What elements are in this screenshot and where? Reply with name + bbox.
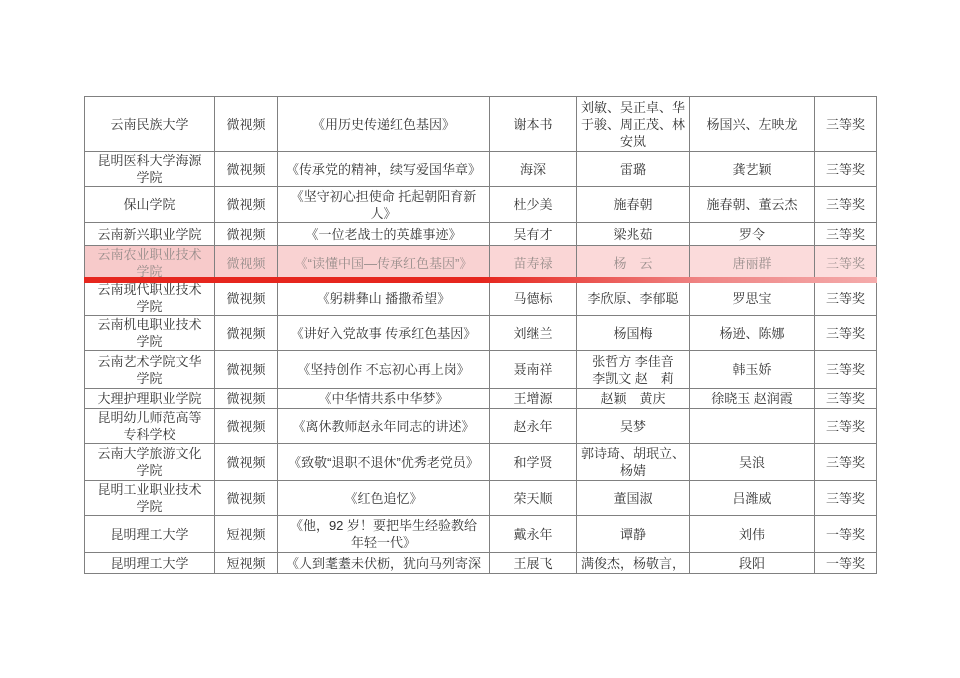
cell-video-type: 微视频 — [215, 281, 278, 316]
cell-members: 杨国梅 — [577, 316, 690, 351]
cell-advisors: 段阳 — [690, 553, 815, 574]
cell-school: 昆明医科大学海源 学院 — [85, 152, 215, 187]
cell-school: 云南农业职业技术 学院 — [85, 246, 215, 281]
table-row: 云南现代职业技术 学院 微视频 《躬耕彝山 播撒希望》 马德标 李欣原、李郁聪 … — [85, 281, 877, 316]
cell-title: 《传承党的精神，续写爱国华章》 — [278, 152, 490, 187]
cell-advisors: 杨国兴、左映龙 — [690, 97, 815, 152]
cell-advisors — [690, 409, 815, 444]
cell-author: 王展飞 — [490, 553, 577, 574]
cell-advisors: 吕潍威 — [690, 481, 815, 516]
cell-video-type: 短视频 — [215, 516, 278, 553]
cell-author: 和学贤 — [490, 444, 577, 481]
cell-award: 三等奖 — [815, 316, 877, 351]
table-row: 大理护理职业学院 微视频 《中华情共系中华梦》 王增源 赵颖 黄庆 徐晓玉 赵润… — [85, 389, 877, 409]
cell-author: 戴永年 — [490, 516, 577, 553]
cell-title: 《他，92 岁！要把毕生经验教给 年轻一代》 — [278, 516, 490, 553]
highlight-underline — [84, 277, 877, 283]
cell-school: 昆明理工大学 — [85, 553, 215, 574]
table-row: 昆明理工大学 短视频 《他，92 岁！要把毕生经验教给 年轻一代》 戴永年 谭静… — [85, 516, 877, 553]
cell-school: 云南现代职业技术 学院 — [85, 281, 215, 316]
cell-advisors: 韩玉娇 — [690, 351, 815, 389]
cell-title: 《一位老战士的英雄事迹》 — [278, 223, 490, 246]
table-row: 昆明工业职业技术 学院 微视频 《红色追忆》 荣天顺 董国淑 吕潍威 三等奖 — [85, 481, 877, 516]
table-row: 昆明医科大学海源 学院 微视频 《传承党的精神，续写爱国华章》 海深 雷璐 龚艺… — [85, 152, 877, 187]
cell-school: 昆明理工大学 — [85, 516, 215, 553]
table-row: 昆明理工大学 短视频 《人到耄耋未伏枥，犹向马列寄深 王展飞 满俊杰，杨敬言， … — [85, 553, 877, 574]
cell-title: 《坚守初心担使命 托起朝阳育新 人》 — [278, 187, 490, 223]
table-row-highlighted: 云南农业职业技术 学院 微视频 《“读懂中国—传承红色基因”》 苗寿禄 杨 云 … — [85, 246, 877, 281]
cell-members: 梁兆茹 — [577, 223, 690, 246]
cell-advisors: 吴浪 — [690, 444, 815, 481]
cell-members: 杨 云 — [577, 246, 690, 281]
cell-members: 李欣原、李郁聪 — [577, 281, 690, 316]
cell-members: 刘敏、吴正卓、华 于骏、周正茂、林 安岚 — [577, 97, 690, 152]
cell-title: 《讲好入党故事 传承红色基因》 — [278, 316, 490, 351]
cell-members: 谭静 — [577, 516, 690, 553]
cell-author: 赵永年 — [490, 409, 577, 444]
table-row: 云南大学旅游文化 学院 微视频 《致敬“退职不退休”优秀老党员》 和学贤 郭诗琦… — [85, 444, 877, 481]
cell-author: 吴有才 — [490, 223, 577, 246]
cell-author: 杜少美 — [490, 187, 577, 223]
cell-title: 《中华情共系中华梦》 — [278, 389, 490, 409]
cell-members: 赵颖 黄庆 — [577, 389, 690, 409]
cell-members: 张哲方 李佳音 李凯文 赵 莉 — [577, 351, 690, 389]
cell-award: 三等奖 — [815, 389, 877, 409]
cell-advisors: 杨逊、陈娜 — [690, 316, 815, 351]
table-row: 云南民族大学 微视频 《用历史传递红色基因》 谢本书 刘敏、吴正卓、华 于骏、周… — [85, 97, 877, 152]
cell-video-type: 微视频 — [215, 444, 278, 481]
cell-members: 吴梦 — [577, 409, 690, 444]
cell-award: 一等奖 — [815, 516, 877, 553]
table-row: 云南艺术学院文华 学院 微视频 《坚持创作 不忘初心再上岗》 聂南祥 张哲方 李… — [85, 351, 877, 389]
cell-school: 保山学院 — [85, 187, 215, 223]
awards-table: 云南民族大学 微视频 《用历史传递红色基因》 谢本书 刘敏、吴正卓、华 于骏、周… — [84, 96, 877, 574]
cell-school: 云南大学旅游文化 学院 — [85, 444, 215, 481]
cell-school: 昆明幼儿师范高等 专科学校 — [85, 409, 215, 444]
cell-video-type: 微视频 — [215, 389, 278, 409]
cell-author: 苗寿禄 — [490, 246, 577, 281]
cell-video-type: 微视频 — [215, 152, 278, 187]
cell-author: 谢本书 — [490, 97, 577, 152]
cell-award: 三等奖 — [815, 444, 877, 481]
cell-author: 刘继兰 — [490, 316, 577, 351]
cell-video-type: 微视频 — [215, 481, 278, 516]
cell-school: 大理护理职业学院 — [85, 389, 215, 409]
cell-school: 昆明工业职业技术 学院 — [85, 481, 215, 516]
cell-advisors: 徐晓玉 赵润霞 — [690, 389, 815, 409]
cell-advisors: 唐丽群 — [690, 246, 815, 281]
cell-author: 荣天顺 — [490, 481, 577, 516]
cell-award: 三等奖 — [815, 351, 877, 389]
cell-author: 马德标 — [490, 281, 577, 316]
cell-title: 《“读懂中国—传承红色基因”》 — [278, 246, 490, 281]
cell-members: 郭诗琦、胡珉立、 杨婧 — [577, 444, 690, 481]
cell-advisors: 罗令 — [690, 223, 815, 246]
cell-advisors: 龚艺颖 — [690, 152, 815, 187]
cell-video-type: 微视频 — [215, 246, 278, 281]
cell-school: 云南新兴职业学院 — [85, 223, 215, 246]
cell-advisors: 罗思宝 — [690, 281, 815, 316]
cell-school: 云南机电职业技术 学院 — [85, 316, 215, 351]
cell-video-type: 微视频 — [215, 316, 278, 351]
cell-title: 《躬耕彝山 播撒希望》 — [278, 281, 490, 316]
cell-title: 《坚持创作 不忘初心再上岗》 — [278, 351, 490, 389]
cell-award: 三等奖 — [815, 246, 877, 281]
cell-author: 海深 — [490, 152, 577, 187]
cell-members: 董国淑 — [577, 481, 690, 516]
cell-award: 三等奖 — [815, 97, 877, 152]
cell-advisors: 施春朝、董云杰 — [690, 187, 815, 223]
cell-award: 三等奖 — [815, 409, 877, 444]
cell-award: 三等奖 — [815, 281, 877, 316]
cell-title: 《致敬“退职不退休”优秀老党员》 — [278, 444, 490, 481]
cell-video-type: 短视频 — [215, 553, 278, 574]
cell-title: 《红色追忆》 — [278, 481, 490, 516]
cell-video-type: 微视频 — [215, 187, 278, 223]
table-row: 云南机电职业技术 学院 微视频 《讲好入党故事 传承红色基因》 刘继兰 杨国梅 … — [85, 316, 877, 351]
cell-award: 一等奖 — [815, 553, 877, 574]
cell-members: 满俊杰，杨敬言， — [577, 553, 690, 574]
table-row: 云南新兴职业学院 微视频 《一位老战士的英雄事迹》 吴有才 梁兆茹 罗令 三等奖 — [85, 223, 877, 246]
cell-school: 云南民族大学 — [85, 97, 215, 152]
cell-advisors: 刘伟 — [690, 516, 815, 553]
table-row: 昆明幼儿师范高等 专科学校 微视频 《离休教师赵永年同志的讲述》 赵永年 吴梦 … — [85, 409, 877, 444]
document-page: 云南民族大学 微视频 《用历史传递红色基因》 谢本书 刘敏、吴正卓、华 于骏、周… — [0, 0, 960, 678]
cell-school: 云南艺术学院文华 学院 — [85, 351, 215, 389]
cell-title: 《离休教师赵永年同志的讲述》 — [278, 409, 490, 444]
cell-title: 《人到耄耋未伏枥，犹向马列寄深 — [278, 553, 490, 574]
cell-award: 三等奖 — [815, 187, 877, 223]
cell-award: 三等奖 — [815, 152, 877, 187]
cell-members: 雷璐 — [577, 152, 690, 187]
cell-award: 三等奖 — [815, 481, 877, 516]
cell-video-type: 微视频 — [215, 409, 278, 444]
cell-award: 三等奖 — [815, 223, 877, 246]
cell-author: 王增源 — [490, 389, 577, 409]
cell-author: 聂南祥 — [490, 351, 577, 389]
cell-video-type: 微视频 — [215, 97, 278, 152]
cell-title: 《用历史传递红色基因》 — [278, 97, 490, 152]
cell-video-type: 微视频 — [215, 351, 278, 389]
cell-members: 施春朝 — [577, 187, 690, 223]
cell-video-type: 微视频 — [215, 223, 278, 246]
table-row: 保山学院 微视频 《坚守初心担使命 托起朝阳育新 人》 杜少美 施春朝 施春朝、… — [85, 187, 877, 223]
